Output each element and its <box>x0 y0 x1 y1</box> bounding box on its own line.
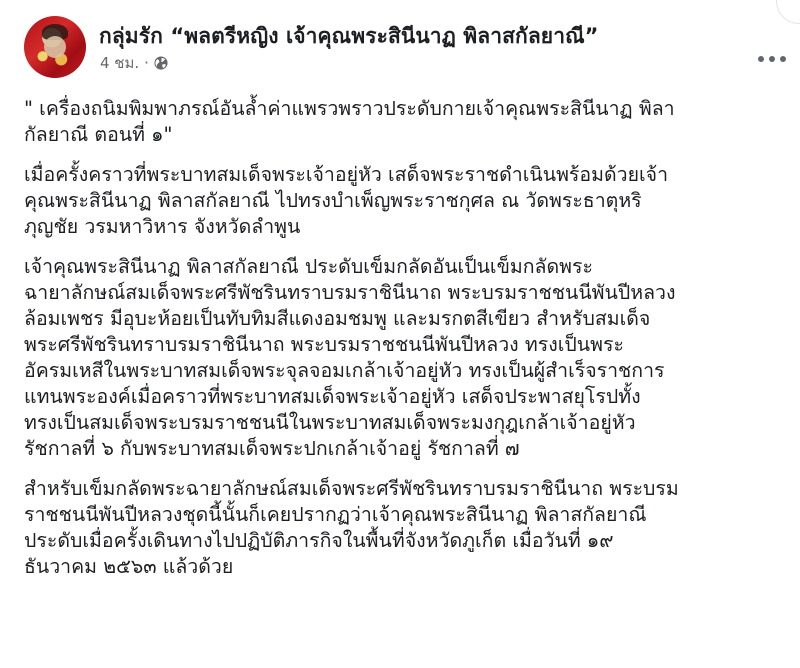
more-options-icon <box>780 56 786 62</box>
more-options-icon <box>769 56 775 62</box>
post-title-paragraph: " เครื่องถนิมพิมพาภรณ์อันล้ำค่าแพรวพราวป… <box>24 96 776 148</box>
post-body: " เครื่องถนิมพิมพาภรณ์อันล้ำค่าแพรวพราวป… <box>24 96 776 594</box>
more-options-button[interactable] <box>758 52 786 66</box>
more-options-icon <box>758 56 764 62</box>
post-header: กลุ่มรัก “พลตรีหญิง เจ้าคุณพระสินีนาฏ พิ… <box>24 16 776 76</box>
group-name-link[interactable]: กลุ่มรัก “พลตรีหญิง เจ้าคุณพระสินีนาฏ พิ… <box>99 20 599 53</box>
group-avatar[interactable] <box>24 16 86 78</box>
post-meta: 4 ชม. · <box>100 51 168 75</box>
post-paragraph: สำหรับเข็มกลัดพระฉายาลักษณ์สมเด็จพระศรีพ… <box>24 476 776 580</box>
post-paragraph: เจ้าคุณพระสินีนาฏ พิลาสกัลยาณี ประดับเข็… <box>24 254 776 462</box>
facebook-group-post: กลุ่มรัก “พลตรีหญิง เจ้าคุณพระสินีนาฏ พิ… <box>0 0 800 668</box>
meta-separator: · <box>144 54 149 72</box>
card-corner-decoration <box>776 0 800 24</box>
avatar-image-detail <box>44 36 66 58</box>
globe-icon[interactable] <box>154 56 168 70</box>
post-paragraph: เมื่อครั้งคราวที่พระบาทสมเด็จพระเจ้าอยู่… <box>24 162 776 240</box>
post-timestamp[interactable]: 4 ชม. <box>100 51 139 75</box>
